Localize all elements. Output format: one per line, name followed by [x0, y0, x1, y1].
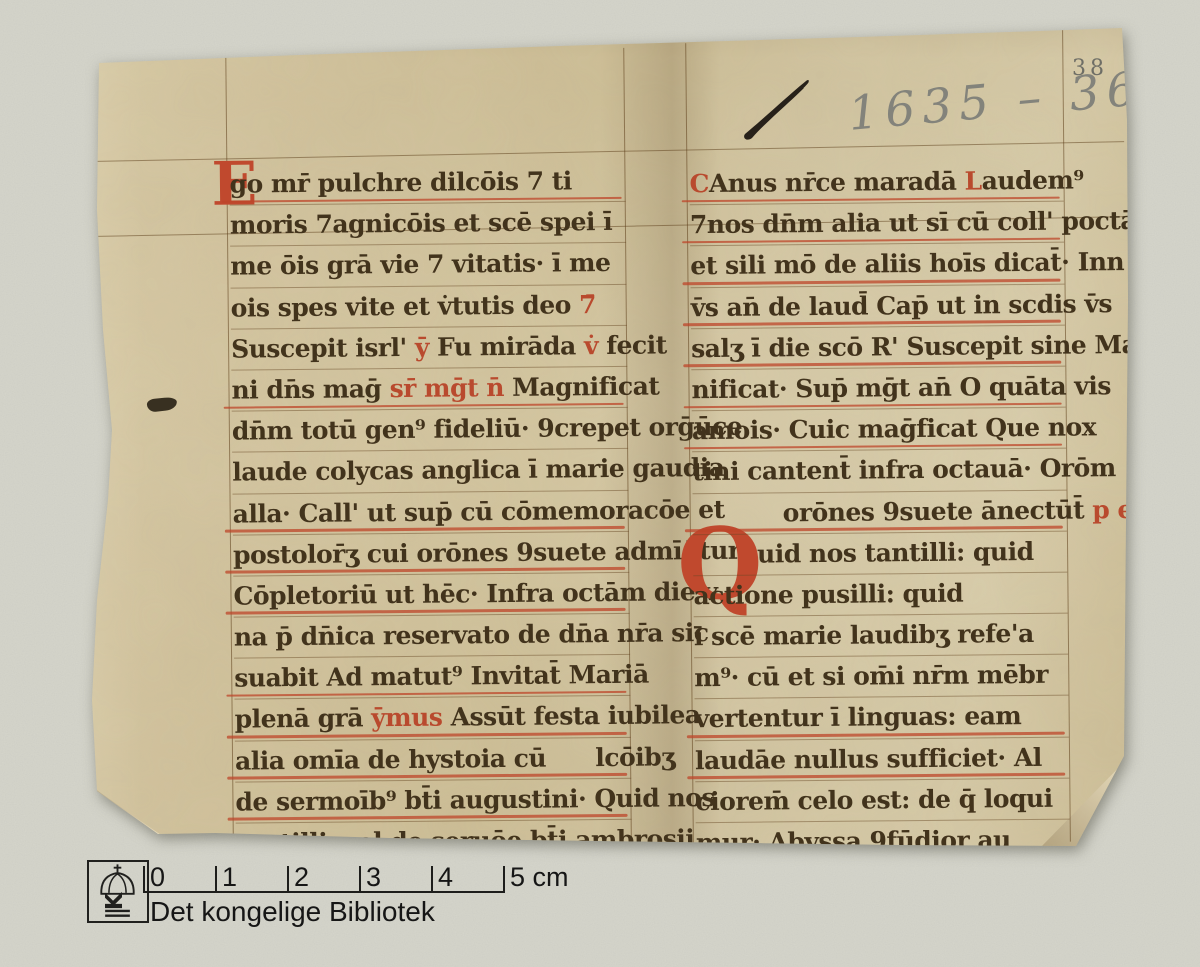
right-text-column: Q CAnus nr̄ce maradā Laudem⁹7nos dn̄m al… — [689, 161, 1070, 865]
ink-text: v̄s an̄ de laud̄ Cap̄ ut in scdis v̄s — [691, 289, 1113, 322]
text-line: ni dn̄s maḡ sr̄ mḡt n̄ Magnificat — [231, 367, 627, 412]
scale-tick — [287, 866, 289, 893]
scale-tick-label: 4 — [438, 862, 453, 893]
text-line: postolor̄ʒ cui orōnes 9suete admīḡtur — [233, 532, 629, 577]
ink-text: audem⁹ — [982, 165, 1084, 195]
ink-text: Anus nr̄ce maradā — [709, 167, 965, 198]
text-line: me ōis grā vie 7 vitatis· ī me — [230, 243, 626, 288]
text-line: suabit Ad matut⁹ Invitat̄ Mariā — [234, 655, 630, 700]
rubric-text: ȳmus — [371, 703, 451, 733]
ink-text: amois· Cuic maḡficat Que nox — [692, 412, 1096, 445]
rubric-text: C — [689, 169, 709, 198]
ruled-writing-area: E go mr̄ pulchre dilcōis 7 timoris 7agni… — [0, 0, 1200, 967]
ink-text: laude colycas anglica ī marie gaudia — [232, 453, 724, 487]
ink-text: Cōpletoriū ut hēc· Infra octām die v — [233, 577, 717, 611]
ink-text: de sermoīb⁹ bt̄i augustini· Quid nos — [235, 783, 715, 817]
ink-text: plenā grā — [235, 704, 372, 734]
ink-text: Magnificat — [512, 371, 660, 401]
scale-tick — [359, 866, 361, 893]
text-line: Cōpletoriū ut hēc· Infra octām die v — [233, 573, 629, 618]
royal-library-logo: K — [87, 860, 149, 923]
left-text-column: E go mr̄ pulchre dilcōis 7 timoris 7agni… — [229, 161, 632, 865]
text-line: Suscepit isrl' ȳ Fu mirāda v̇ fecit — [231, 326, 627, 371]
rubric-text: v̇ — [584, 331, 607, 360]
ink-text: tantilli· vel de seruōe bt̄i ambrosii — [236, 824, 695, 857]
ink-text: postolor̄ʒ cui orōnes 9suete admīḡtur — [233, 535, 741, 569]
text-line: actione pusilli: quid — [693, 572, 1067, 617]
pencil-page-number: 38 — [1072, 56, 1108, 81]
ink-text: ī scē marie laudibʒ refe'a — [694, 619, 1034, 651]
library-name-label: Det kongelige Bibliotek — [150, 896, 435, 928]
manuscript-leaf-wrap: E go mr̄ pulchre dilcōis 7 timoris 7agni… — [0, 0, 1200, 967]
ink-text: ni dn̄s maḡ — [231, 374, 389, 405]
text-line: et sili mō de aliis hoīs dicat̄· Inn — [690, 243, 1064, 288]
ink-text: mur· Abyssa 9fūdior au — [696, 825, 1011, 857]
ink-text: m⁹· cū et si om̄i nr̄m mēbr — [694, 660, 1048, 692]
text-line: plenā grā ȳmus Assūt festa iubilea — [234, 696, 630, 741]
ink-text: go mr̄ pulchre dilcōis 7 ti — [229, 166, 572, 198]
text-line: laudāe nullus sufficiet· Al — [695, 737, 1069, 782]
rubric-text: sr̄ mḡt n̄ — [390, 373, 513, 403]
text-line: dn̄m totū gen⁹ fideliū· 9crepet orḡūce — [232, 408, 628, 453]
scale-tick — [143, 866, 145, 893]
text-line: v̄s an̄ de laud̄ Cap̄ ut in scdis v̄s — [691, 284, 1065, 329]
ink-text: ois spes vite et v̇tutis deo — [231, 290, 580, 322]
rubric-text: L — [964, 166, 981, 195]
ink-text: suabit Ad matut⁹ Invitat̄ Mariā — [234, 660, 649, 693]
text-line: nificat· Sup̄ mḡt an̄ O quāta vis — [691, 367, 1065, 412]
scale-tick-label: 3 — [366, 862, 381, 893]
ink-text: na p̄ dn̄ica reservato de dn̄a nr̄a sic — [234, 618, 709, 652]
text-line: alla· Call' ut sup̄ cū cōmemoracōe et — [233, 490, 629, 535]
scale-tick-label: 0 — [150, 862, 165, 893]
text-line: moris 7agnicōis et scē spei ī — [230, 202, 626, 247]
ink-text: Assūt festa iubilea — [450, 701, 700, 732]
ink-text: vertentur ī linguas: eam — [695, 702, 1022, 734]
text-line: na p̄ dn̄ica reservato de dn̄a nr̄a sic — [234, 614, 630, 659]
ink-text: tini cantent̄ infra octauā· Orōm — [692, 453, 1116, 486]
ink-text: alia omīa de hystoia cū lcōibʒ — [235, 742, 675, 775]
text-line: ois spes vite et v̇tutis deo 7̄ — [231, 284, 627, 329]
text-line: m⁹· cū et si om̄i nr̄m mēbr — [694, 655, 1068, 700]
ink-text: Suscepit isrl' — [231, 333, 415, 364]
ink-text: salʒ ī die scō R' Suscepit sine Mag — [691, 330, 1154, 363]
crown-K-icon: K — [89, 862, 146, 920]
text-line: ī scē marie laudibʒ refe'a — [694, 614, 1068, 659]
text-line: laude colycas anglica ī marie gaudia — [232, 449, 628, 494]
ink-text: me ōis grā vie 7 vitatis· ī me — [230, 248, 610, 281]
rubric-text: p ebdā — [1092, 494, 1183, 524]
ink-text: actione pusilli: quid — [693, 578, 963, 610]
scale-tick-label: 2 — [294, 862, 309, 893]
rubric-text: 7̄ — [579, 290, 596, 319]
ink-text: uid nos tantilli: quid — [757, 537, 1034, 569]
ink-text: nificat· Sup̄ mḡt an̄ O quāta vis — [691, 371, 1111, 404]
text-line: orōnes 9suete ānectūt̄ p ebdā — [693, 490, 1067, 535]
ink-text: dn̄m totū gen⁹ fideliū· 9crepet orḡūce — [232, 412, 743, 446]
ink-text: 7nos dn̄m alia ut sī cū coll' poctām — [690, 206, 1162, 240]
text-line: tini cantent̄ infra octauā· Orōm — [692, 449, 1066, 494]
ink-text: Fu mirāda — [437, 331, 584, 361]
text-line: go mr̄ pulchre dilcōis 7 ti — [229, 161, 625, 206]
rubric-text: ȳ — [415, 332, 438, 361]
ink-text: laudāe nullus sufficiet· Al — [695, 742, 1042, 774]
scale-tick-label: 1 — [222, 862, 237, 893]
photo-stage: E go mr̄ pulchre dilcōis 7 timoris 7agni… — [0, 0, 1200, 967]
manuscript-leaf: E go mr̄ pulchre dilcōis 7 timoris 7agni… — [0, 0, 1200, 967]
text-line: salʒ ī die scō R' Suscepit sine Mag — [691, 325, 1065, 370]
scale-tick — [503, 866, 505, 893]
svg-text:K: K — [102, 891, 128, 910]
ink-text: orōnes 9suete ānectūt̄ — [783, 495, 1093, 527]
text-line: ciorem̄ celo est: de q̄ loqui — [695, 778, 1069, 823]
ink-stroke-mark — [742, 78, 826, 144]
ink-text: et sili mō de aliis hoīs dicat̄· Inn — [690, 247, 1124, 280]
ink-text: alla· Call' ut sup̄ cū cōmemoracōe et — [233, 494, 725, 528]
scale-tick — [431, 866, 433, 893]
text-line: de sermoīb⁹ bt̄i augustini· Quid nos — [235, 779, 631, 824]
text-line: CAnus nr̄ce maradā Laudem⁹ — [689, 161, 1063, 206]
ink-text: fecit — [606, 330, 667, 360]
text-line: tantilli· vel de seruōe bt̄i ambrosii — [236, 820, 632, 865]
text-line: alia omīa de hystoia cū lcōibʒ — [235, 737, 631, 782]
text-line: amois· Cuic maḡficat Que nox — [692, 408, 1066, 453]
scale-tick — [215, 866, 217, 893]
scale-tick-label: 5 cm — [510, 862, 569, 893]
ink-text: ciorem̄ celo est: de q̄ loqui — [695, 784, 1052, 816]
text-line: uid nos tantilli: quid — [693, 531, 1067, 576]
ink-text: moris 7agnicōis et scē spei ī — [230, 207, 612, 240]
text-line: vertentur ī linguas: eam — [694, 696, 1068, 741]
text-line: mur· Abyssa 9fūdior au — [696, 820, 1070, 865]
text-line: 7nos dn̄m alia ut sī cū coll' poctām — [690, 202, 1064, 247]
